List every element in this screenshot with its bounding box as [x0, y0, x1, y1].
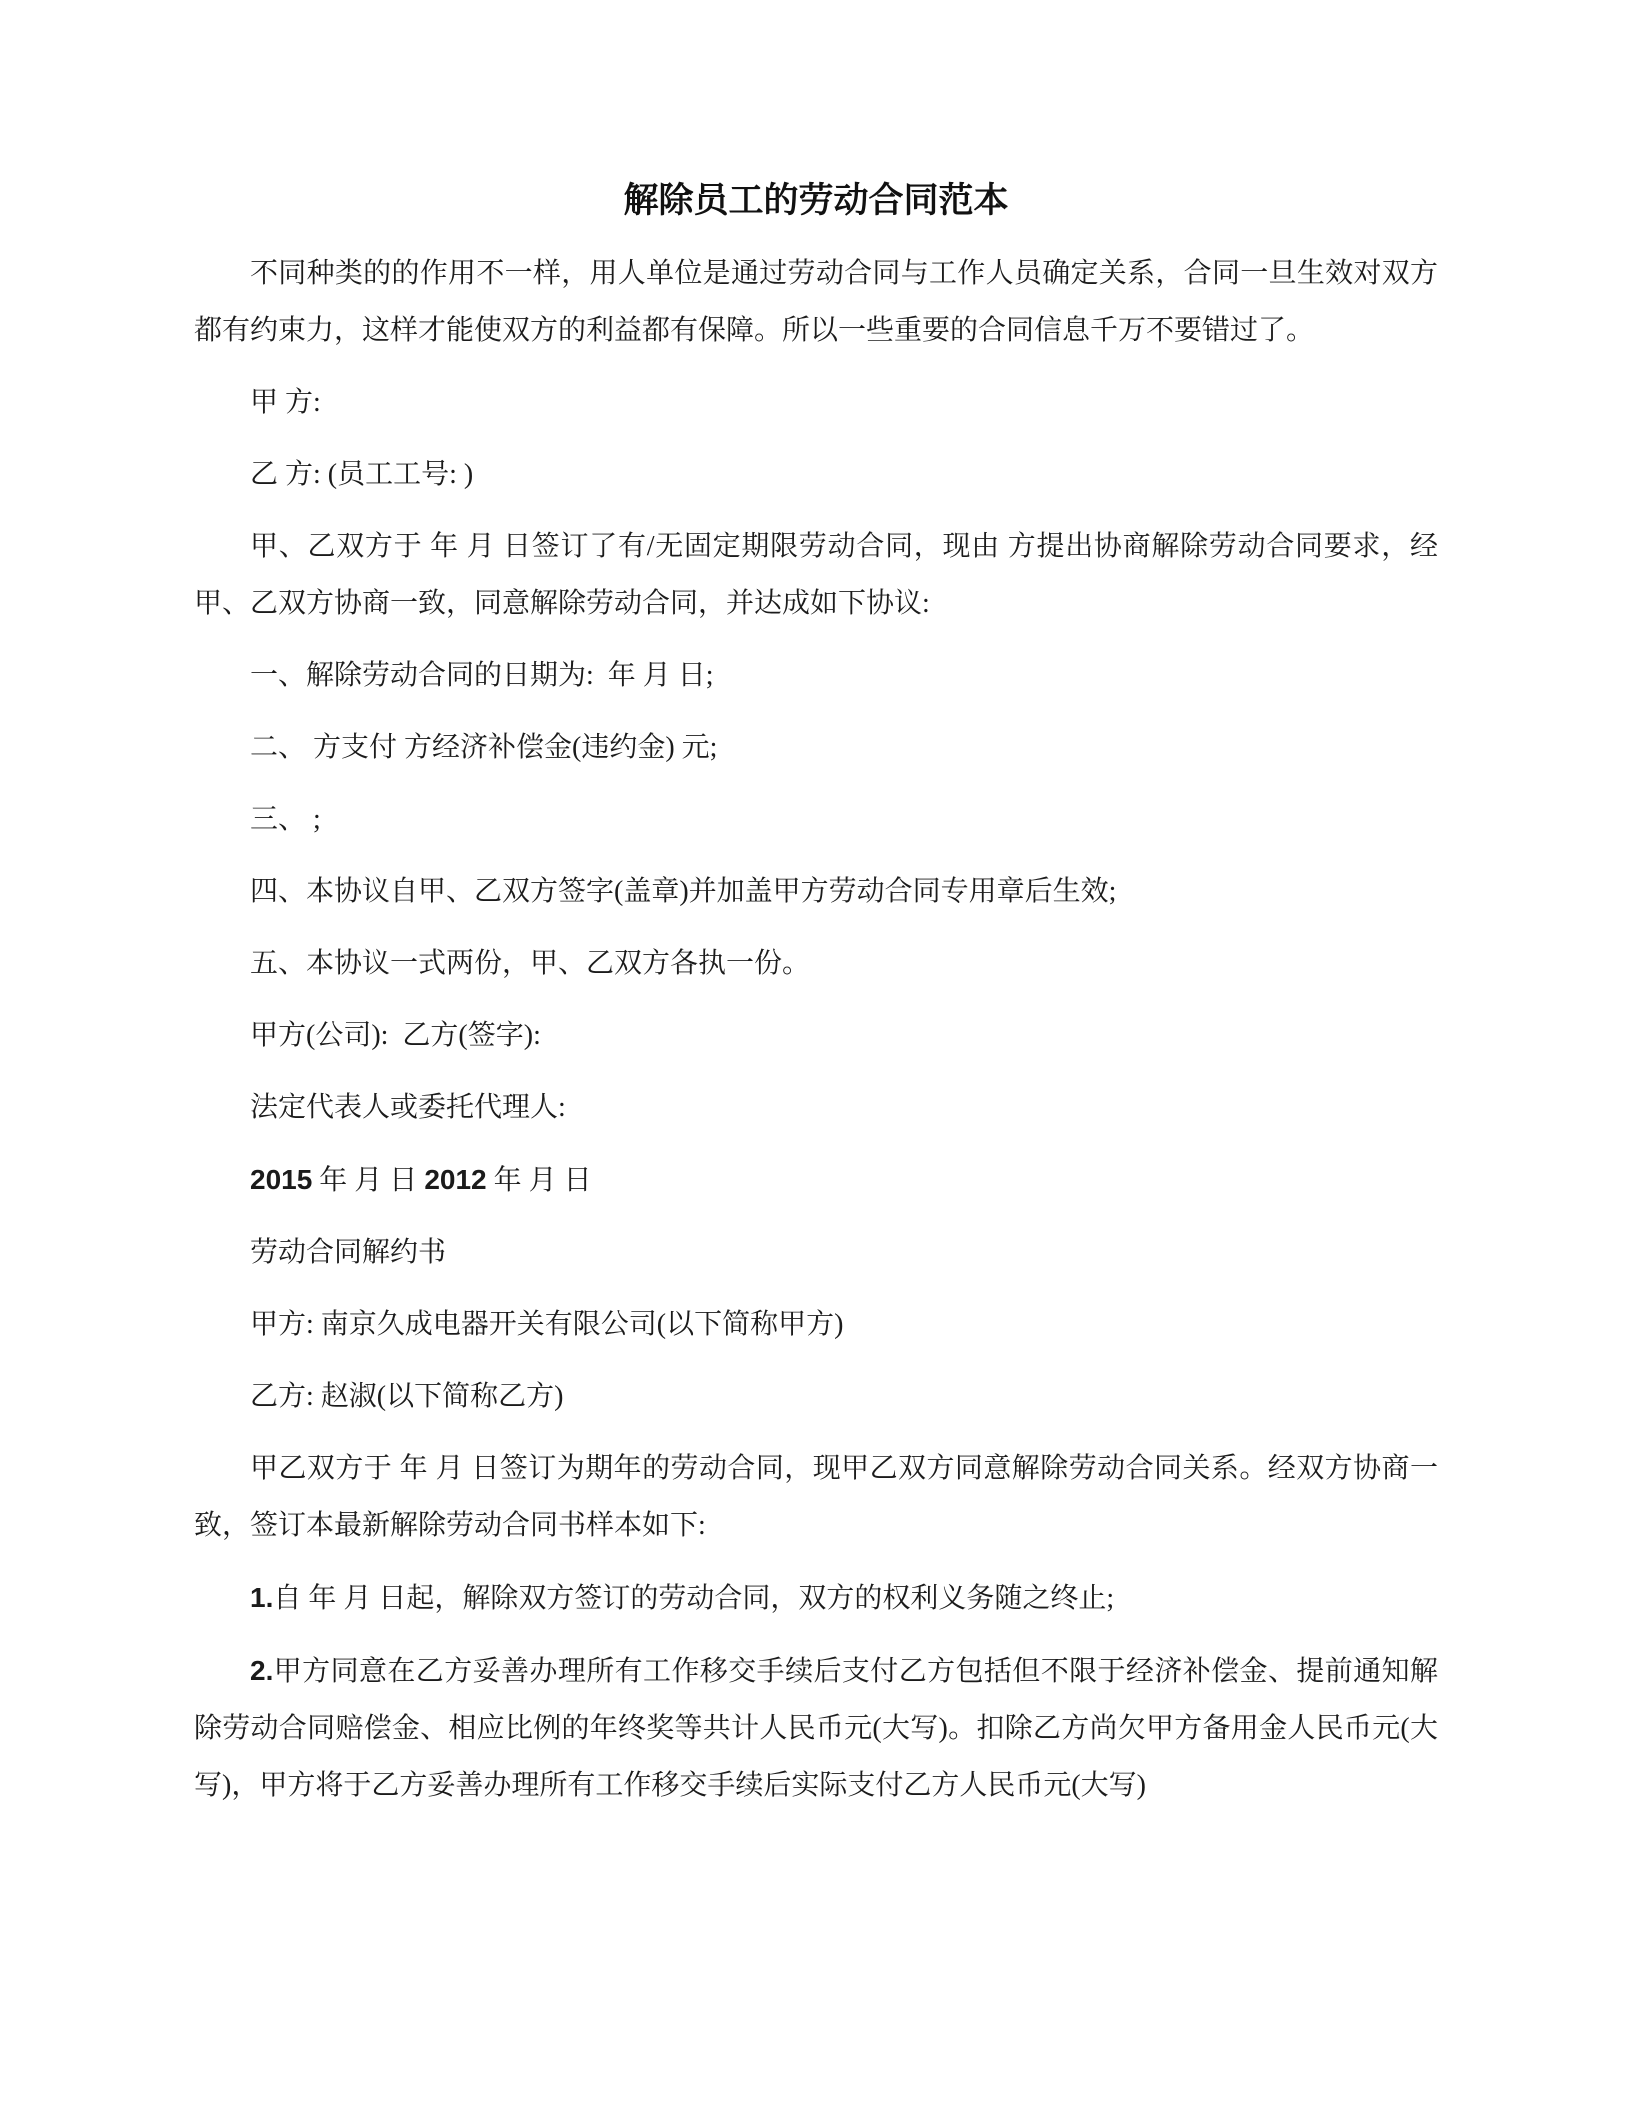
clause-2-number: 2.	[250, 1655, 273, 1686]
clause-2-text: 甲方同意在乙方妥善办理所有工作移交手续后支付乙方包括但不限于经济补偿金、提前通知…	[194, 1656, 1438, 1801]
paragraph-item-three: 三、 ;	[194, 791, 1438, 848]
paragraph-sub-title: 劳动合同解约书	[194, 1224, 1438, 1281]
paragraph-item-five: 五、本协议一式两份，甲、乙双方各执一份。	[194, 935, 1438, 992]
document-page: 解除员工的劳动合同范本 不同种类的的作用不一样，用人单位是通过劳动合同与工作人员…	[0, 0, 1632, 2112]
year-2015: 2015	[250, 1164, 312, 1195]
paragraph-party-a-label: 甲 方:	[194, 374, 1438, 431]
paragraph-clause-2: 2.甲方同意在乙方妥善办理所有工作移交手续后支付乙方包括但不限于经济补偿金、提前…	[194, 1642, 1438, 1814]
paragraph-party-a-company: 甲方: 南京久成电器开关有限公司(以下简称甲方)	[194, 1296, 1438, 1353]
paragraph-item-four: 四、本协议自甲、乙双方签字(盖章)并加盖甲方劳动合同专用章后生效;	[194, 863, 1438, 920]
document-title: 解除员工的劳动合同范本	[194, 172, 1438, 229]
paragraph-date-line: 2015 年 月 日 2012 年 月 日	[194, 1151, 1438, 1209]
paragraph-item-two: 二、 方支付 方经济补偿金(违约金) 元;	[194, 719, 1438, 776]
paragraph-second-preamble: 甲乙双方于 年 月 日签订为期年的劳动合同，现甲乙双方同意解除劳动合同关系。经双…	[194, 1440, 1438, 1554]
date-segment: 年 月 日	[487, 1165, 592, 1196]
clause-1-number: 1.	[250, 1582, 273, 1613]
year-2012: 2012	[424, 1164, 486, 1195]
paragraph-party-b-label: 乙 方: (员工工号: )	[194, 446, 1438, 503]
paragraph-intro: 不同种类的的作用不一样，用人单位是通过劳动合同与工作人员确定关系，合同一旦生效对…	[194, 245, 1438, 359]
paragraph-clause-1: 1.自 年 月 日起，解除双方签订的劳动合同，双方的权利义务随之终止;	[194, 1569, 1438, 1627]
paragraph-agreement-preamble: 甲、乙双方于 年 月 日签订了有/无固定期限劳动合同，现由 方提出协商解除劳动合…	[194, 518, 1438, 632]
clause-1-text: 自 年 月 日起，解除双方签订的劳动合同，双方的权利义务随之终止;	[273, 1583, 1114, 1614]
date-segment: 年 月 日	[312, 1165, 424, 1196]
paragraph-party-b-person: 乙方: 赵淑(以下简称乙方)	[194, 1368, 1438, 1425]
paragraph-signature-line: 甲方(公司): 乙方(签字):	[194, 1007, 1438, 1064]
paragraph-item-one: 一、解除劳动合同的日期为: 年 月 日;	[194, 647, 1438, 704]
paragraph-legal-rep: 法定代表人或委托代理人:	[194, 1079, 1438, 1136]
